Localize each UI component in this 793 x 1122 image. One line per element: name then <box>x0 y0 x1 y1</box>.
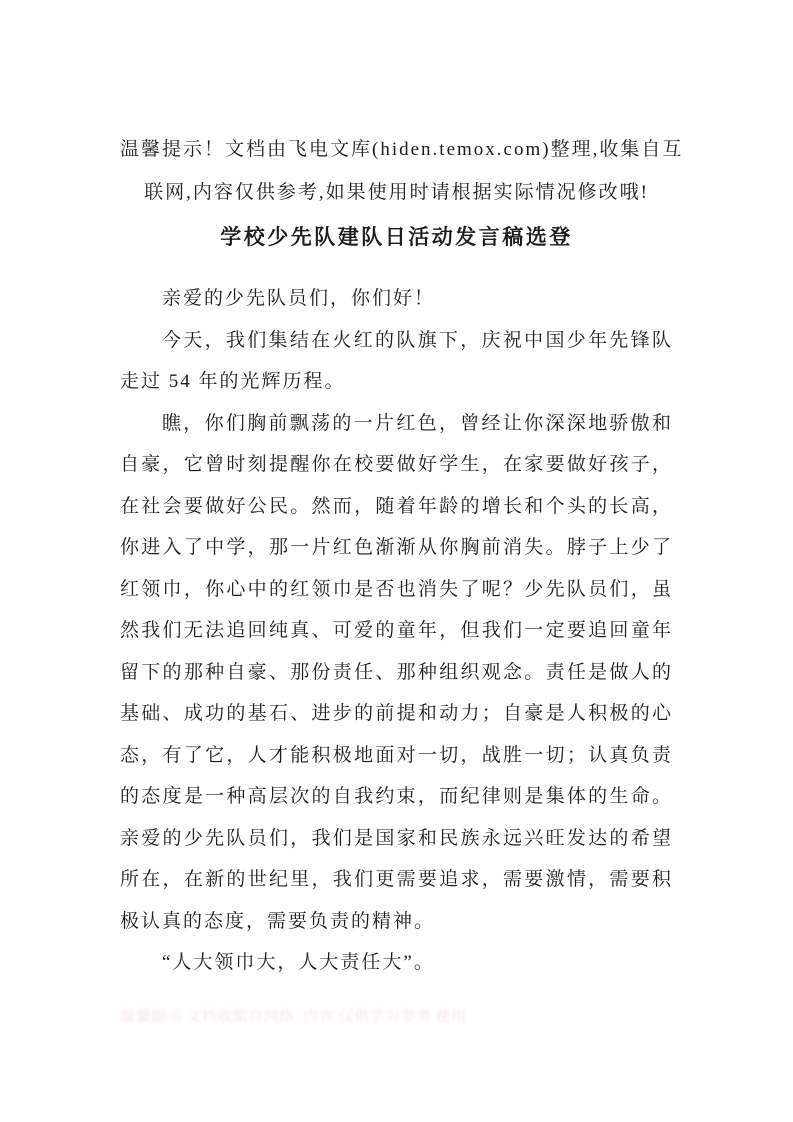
paragraph-main: 瞧，你们胸前飘荡的一片红色，曾经让你深深地骄傲和自豪，它曾时刻提醒你在校要做好学… <box>120 403 673 943</box>
document-page: 温馨提示！文档由飞电文库(hiden.temox.com)整理,收集自互 联网,… <box>0 0 793 1122</box>
document-body: 亲爱的少先队员们，你们好！ 今天，我们集结在火红的队旗下，庆祝中国少年先锋队走过… <box>120 278 673 984</box>
notice-block: 温馨提示！文档由飞电文库(hiden.temox.com)整理,收集自互 联网,… <box>120 128 673 214</box>
watermark-text: 温馨提示 文档收集自网络, 内容 仅供学习参考 使用 <box>120 1006 673 1028</box>
notice-line-2: 联网,内容仅供参考,如果使用时请根据实际情况修改哦! <box>120 171 673 214</box>
paragraph-quote: “人大领巾大，人大责任大”。 <box>120 942 673 984</box>
paragraph-greeting: 亲爱的少先队员们，你们好！ <box>120 278 673 320</box>
page-title: 学校少先队建队日活动发言稿选登 <box>120 214 673 260</box>
notice-line-1: 温馨提示！文档由飞电文库(hiden.temox.com)整理,收集自互 <box>120 128 673 171</box>
paragraph-intro: 今天，我们集结在火红的队旗下，庆祝中国少年先锋队走过 54 年的光辉历程。 <box>120 320 673 403</box>
